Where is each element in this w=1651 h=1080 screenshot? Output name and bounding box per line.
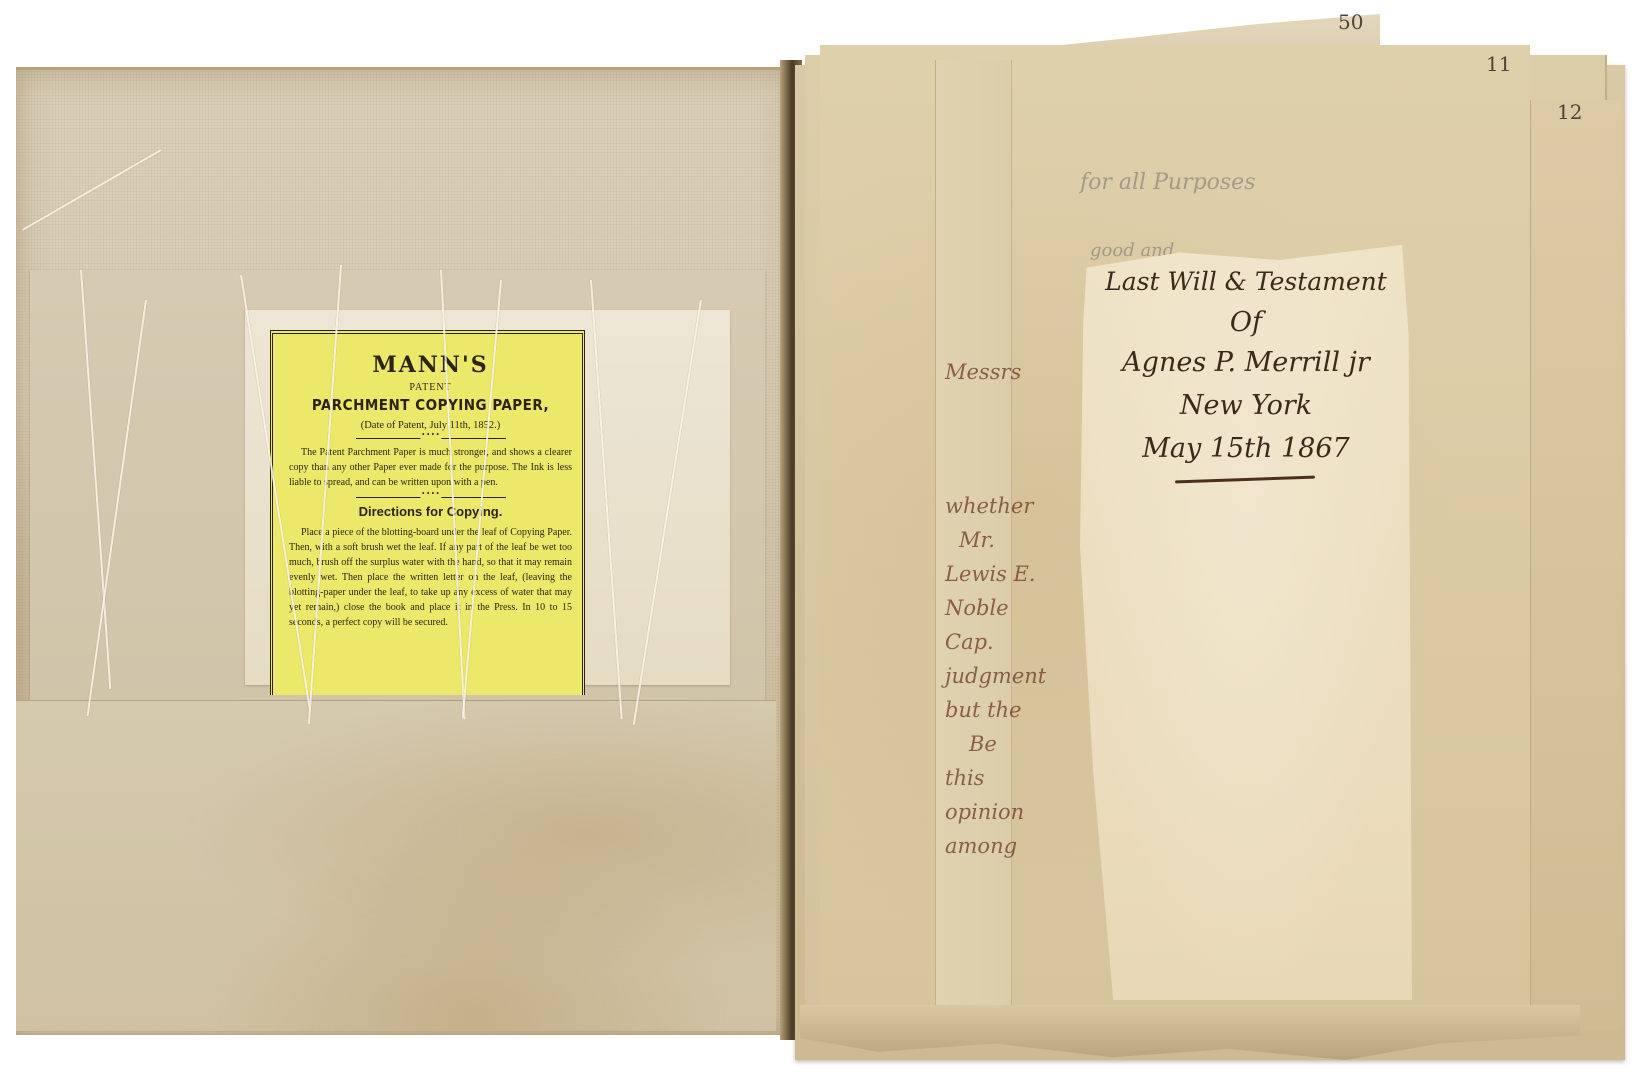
ink-line: Messrs (945, 355, 1085, 389)
ink-line: Lewis E. (945, 557, 1085, 591)
label-directions-heading: Directions for Copying. (289, 504, 572, 519)
cover-bottom-flap (16, 700, 776, 1031)
envelope-line-place: New York (1080, 390, 1412, 421)
ink-line: among (945, 829, 1085, 863)
ink-handwriting-column: Messrs whether Mr. Lewis E. Noble Cap. j… (945, 355, 1085, 863)
envelope-underline (1175, 476, 1315, 484)
label-directions: Place a piece of the blotting-board unde… (289, 525, 572, 630)
ink-line: Cap. (945, 625, 1085, 659)
page-number-12: 12 (1557, 100, 1582, 124)
ink-line: but the (945, 693, 1085, 727)
ink-line: judgment (945, 659, 1085, 693)
sheet-12 (1530, 100, 1621, 1030)
manns-copying-paper-label: MANN'S PATENT PARCHMENT COPYING PAPER, (… (270, 330, 585, 695)
ink-line: Noble (945, 591, 1085, 625)
pencil-handwriting: for all Purposes (1080, 170, 1256, 195)
ink-line: Be (945, 727, 1085, 761)
envelope-line-of: Of (1080, 307, 1412, 338)
ink-line: opinion (945, 795, 1085, 829)
label-divider (356, 438, 506, 439)
will-envelope: Last Will & Testament Of Agnes P. Merril… (1080, 245, 1412, 1000)
envelope-line-title: Last Will & Testament (1080, 267, 1412, 296)
label-description: The Patent Parchment Paper is much stron… (289, 445, 572, 490)
ink-line: Mr. (945, 523, 1085, 557)
page-number-11: 11 (1486, 52, 1511, 76)
envelope-line-date: May 15th 1867 (1080, 433, 1412, 464)
envelope-line-name: Agnes P. Merrill jr (1080, 347, 1412, 378)
page-number-50: 50 (1338, 10, 1363, 34)
ink-line: this (945, 761, 1085, 795)
ink-line: whether (945, 489, 1085, 523)
